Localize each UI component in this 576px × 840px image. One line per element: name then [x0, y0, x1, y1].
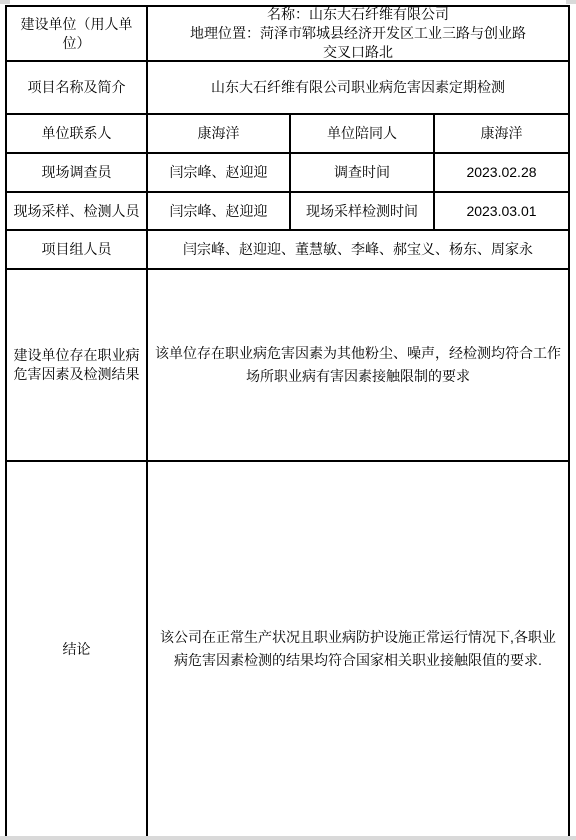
- label-text: 建设单位（用人单位）: [13, 15, 140, 53]
- row-label-unit-accompany: 单位陪同人: [291, 115, 435, 152]
- table-row-conclusion: 结论 该公司在正常生产状况且职业病防护设施正常运行情况下,各职业病危害因素检测的…: [7, 462, 568, 836]
- cell-project-name-value: 山东大石纤维有限公司职业病危害因素定期检测: [148, 62, 568, 113]
- cell-sampling-personnel-value: 闫宗峰、赵迎迎: [148, 193, 291, 229]
- label-text: 现场采样、检测人员: [14, 202, 140, 221]
- project-name-text: 山东大石纤维有限公司职业病危害因素定期检测: [211, 78, 505, 97]
- sampling-personnel-names-text: 闫宗峰、赵迎迎: [170, 202, 268, 221]
- table-row-site-investigator: 现场调查员 闫宗峰、赵迎迎 调查时间 2023.02.28: [7, 154, 568, 193]
- page-edge-artifact-top-left: [0, 0, 10, 4]
- label-text: 单位联系人: [42, 124, 112, 143]
- contact-name-text: 康海洋: [198, 124, 240, 143]
- document-page: 建设单位（用人单位） 名称：山东大石纤维有限公司 地理位置：菏泽市郓城县经济开发…: [0, 0, 576, 840]
- label-text: 项目组人员: [42, 240, 112, 259]
- accompany-name-text: 康海洋: [481, 124, 523, 143]
- row-label-conclusion: 结论: [7, 462, 148, 836]
- unit-name-line: 名称：山东大石纤维有限公司: [267, 5, 449, 24]
- cell-investigation-time-value: 2023.02.28: [435, 154, 568, 191]
- inspection-info-table: 建设单位（用人单位） 名称：山东大石纤维有限公司 地理位置：菏泽市郓城县经济开发…: [5, 5, 570, 836]
- cell-unit-contact-value: 康海洋: [148, 115, 291, 152]
- table-row-construction-unit: 建设单位（用人单位） 名称：山东大石纤维有限公司 地理位置：菏泽市郓城县经济开发…: [7, 7, 568, 62]
- row-label-project-name: 项目名称及简介: [7, 62, 148, 113]
- label-line2: 危害因素及检测结果: [14, 365, 140, 384]
- cell-project-team-value: 闫宗峰、赵迎迎、董慧敏、李峰、郝宝义、杨东、周家永: [148, 231, 568, 268]
- investigation-date-text: 2023.02.28: [466, 163, 536, 182]
- conclusion-text: 该公司在正常生产状况且职业病防护设施正常运行情况下,各职业病危害因素检测的结果均…: [154, 626, 562, 672]
- cell-conclusion-value: 该公司在正常生产状况且职业病防护设施正常运行情况下,各职业病危害因素检测的结果均…: [148, 462, 568, 836]
- row-label-project-team: 项目组人员: [7, 231, 148, 268]
- unit-location-line2: 交叉口路北: [323, 43, 393, 62]
- investigator-names-text: 闫宗峰、赵迎迎: [170, 163, 268, 182]
- sampling-date-text: 2023.03.01: [466, 202, 536, 221]
- page-edge-artifact-bottom: [0, 836, 576, 840]
- table-row-unit-contact: 单位联系人 康海洋 单位陪同人 康海洋: [7, 115, 568, 154]
- row-label-unit-contact: 单位联系人: [7, 115, 148, 152]
- label-text: 现场调查员: [42, 163, 112, 182]
- label-text: 现场采样检测时间: [306, 202, 418, 221]
- row-label-investigation-time: 调查时间: [291, 154, 435, 191]
- label-text: 项目名称及简介: [28, 78, 126, 97]
- label-text: 单位陪同人: [327, 124, 397, 143]
- hazard-factors-result-text: 该单位存在职业病危害因素为其他粉尘、噪声，经检测均符合工作场所职业病有害因素接触…: [154, 342, 562, 388]
- cell-hazard-factors-result-value: 该单位存在职业病危害因素为其他粉尘、噪声，经检测均符合工作场所职业病有害因素接触…: [148, 270, 568, 460]
- table-row-sampling-personnel: 现场采样、检测人员 闫宗峰、赵迎迎 现场采样检测时间 2023.03.01: [7, 193, 568, 231]
- row-label-sampling-personnel: 现场采样、检测人员: [7, 193, 148, 229]
- table-row-project-name: 项目名称及简介 山东大石纤维有限公司职业病危害因素定期检测: [7, 62, 568, 115]
- cell-site-investigator-value: 闫宗峰、赵迎迎: [148, 154, 291, 191]
- team-member-names-text: 闫宗峰、赵迎迎、董慧敏、李峰、郝宝义、杨东、周家永: [183, 240, 533, 259]
- label-line1: 建设单位存在职业病: [14, 346, 140, 365]
- cell-construction-unit-value: 名称：山东大石纤维有限公司 地理位置：菏泽市郓城县经济开发区工业三路与创业路 交…: [148, 7, 568, 60]
- table-row-project-team: 项目组人员 闫宗峰、赵迎迎、董慧敏、李峰、郝宝义、杨东、周家永: [7, 231, 568, 270]
- cell-sampling-time-value: 2023.03.01: [435, 193, 568, 229]
- row-label-site-investigator: 现场调查员: [7, 154, 148, 191]
- row-label-construction-unit: 建设单位（用人单位）: [7, 7, 148, 60]
- page-edge-artifact-top-right: [566, 0, 576, 4]
- label-text: 结论: [63, 640, 91, 659]
- row-label-sampling-time: 现场采样检测时间: [291, 193, 435, 229]
- row-label-hazard-factors-result: 建设单位存在职业病 危害因素及检测结果: [7, 270, 148, 460]
- label-text: 调查时间: [334, 163, 390, 182]
- cell-unit-accompany-value: 康海洋: [435, 115, 568, 152]
- table-row-hazard-factors-result: 建设单位存在职业病 危害因素及检测结果 该单位存在职业病危害因素为其他粉尘、噪声…: [7, 270, 568, 462]
- unit-location-line1: 地理位置：菏泽市郓城县经济开发区工业三路与创业路: [190, 24, 526, 43]
